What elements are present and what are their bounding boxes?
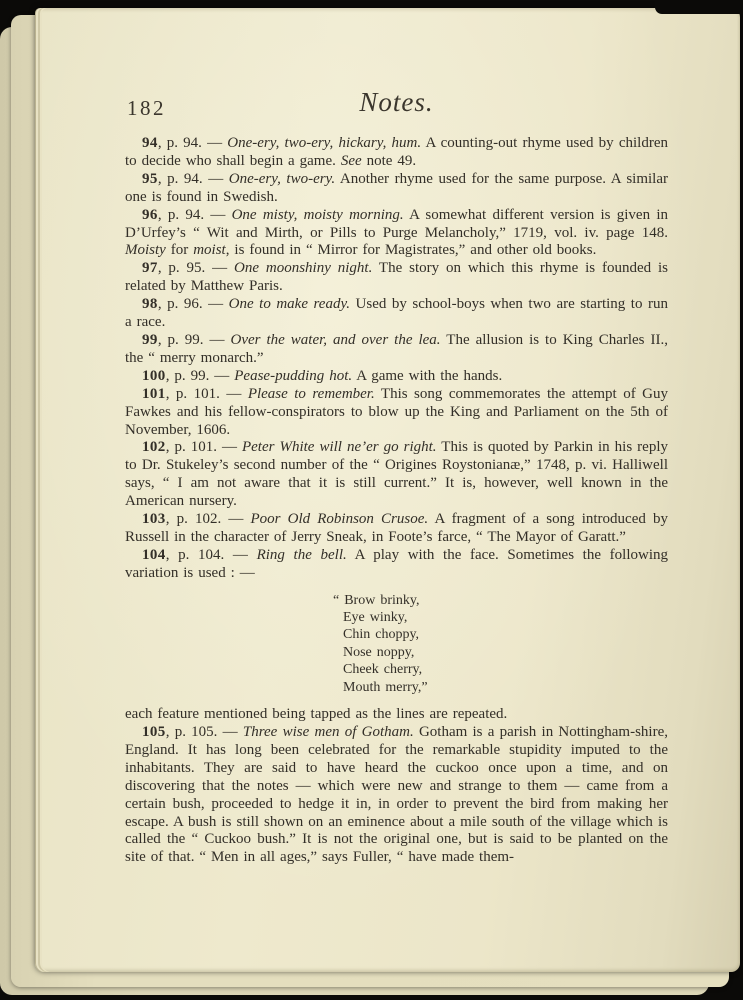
text-segment: each feature mentioned being tapped as t… bbox=[125, 706, 507, 722]
note-paragraph: 101, p. 101. — Please to remember. This … bbox=[125, 386, 668, 440]
text-segment: , p. 96. — bbox=[158, 296, 229, 312]
verse-line: Cheek cherry, bbox=[343, 661, 668, 678]
note-paragraph: 102, p. 101. — Peter White will ne’er go… bbox=[125, 439, 668, 511]
text-segment: for bbox=[166, 242, 193, 258]
text-segment: , p. 99. — bbox=[166, 368, 235, 384]
text-segment: 99 bbox=[142, 332, 158, 348]
note-paragraph: 95, p. 94. — One-ery, two-ery. Another r… bbox=[125, 171, 668, 207]
plain-paragraph: each feature mentioned being tapped as t… bbox=[125, 706, 668, 724]
text-segment: 95 bbox=[142, 171, 158, 187]
text-segment: 100 bbox=[142, 368, 166, 384]
text-segment: Pease-pudding hot. bbox=[234, 368, 352, 384]
note-paragraph: 99, p. 99. — Over the water, and over th… bbox=[125, 332, 668, 368]
text-segment: 104 bbox=[142, 547, 166, 563]
text-segment: Gotham is a parish in Nottingham-shire, … bbox=[125, 724, 668, 865]
text-segment: 102 bbox=[142, 439, 166, 455]
text-segment: 105 bbox=[142, 724, 166, 740]
scan-corner-notch bbox=[655, 0, 743, 14]
text-segment: , is found in “ Mirror for Magistrates,”… bbox=[226, 242, 597, 258]
text-segment: 94 bbox=[142, 135, 158, 151]
text-segment: A game with the hands. bbox=[352, 368, 502, 384]
text-segment: , p. 102. — bbox=[166, 511, 251, 527]
text-segment: One misty, moisty morning. bbox=[232, 207, 404, 223]
page-title: Notes. bbox=[125, 87, 668, 118]
book-page: 182 Notes. 94, p. 94. — One-ery, two-ery… bbox=[35, 8, 740, 972]
note-paragraph: 103, p. 102. — Poor Old Robinson Crusoe.… bbox=[125, 511, 668, 547]
note-paragraph: 104, p. 104. — Ring the bell. A play wit… bbox=[125, 547, 668, 583]
verse-line: Chin choppy, bbox=[343, 626, 668, 643]
verse-line: Mouth merry,” bbox=[343, 679, 668, 696]
note-paragraph: 97, p. 95. — One moonshiny night. The st… bbox=[125, 260, 668, 296]
text-segment: One to make ready. bbox=[229, 296, 350, 312]
text-segment: Peter White will ne’er go right. bbox=[242, 439, 437, 455]
text-segment: One-ery, two-ery, hickary, hum. bbox=[227, 135, 421, 151]
note-paragraph: 105, p. 105. — Three wise men of Gotham.… bbox=[125, 724, 668, 867]
text-segment: , p. 101. — bbox=[166, 439, 242, 455]
note-paragraph: 96, p. 94. — One misty, moisty morning. … bbox=[125, 207, 668, 261]
text-segment: , p. 104. — bbox=[166, 547, 257, 563]
text-segment: One moonshiny night. bbox=[234, 260, 372, 276]
text-segment: , p. 94. — bbox=[158, 207, 232, 223]
text-segment: Three wise men of Gotham. bbox=[243, 724, 414, 740]
page-header: 182 Notes. bbox=[125, 87, 668, 135]
page-number: 182 bbox=[127, 96, 166, 121]
text-segment: Over the water, and over the lea. bbox=[231, 332, 441, 348]
text-segment: Please to remember. bbox=[248, 386, 375, 402]
text-body: 94, p. 94. — One-ery, two-ery, hickary, … bbox=[125, 135, 668, 867]
text-segment: note 49. bbox=[362, 153, 416, 169]
text-segment: Poor Old Robinson Crusoe. bbox=[250, 511, 428, 527]
text-segment: Ring the bell. bbox=[257, 547, 347, 563]
text-segment: 103 bbox=[142, 511, 166, 527]
verse-line: “ Brow brinky, bbox=[343, 592, 668, 609]
text-segment: 98 bbox=[142, 296, 158, 312]
note-paragraph: 100, p. 99. — Pease-pudding hot. A game … bbox=[125, 368, 668, 386]
text-segment: , p. 99. — bbox=[158, 332, 231, 348]
text-segment: One-ery, two-ery. bbox=[229, 171, 335, 187]
note-paragraph: 98, p. 96. — One to make ready. Used by … bbox=[125, 296, 668, 332]
text-segment: moist bbox=[193, 242, 226, 258]
text-segment: 97 bbox=[142, 260, 158, 276]
text-segment: , p. 105. — bbox=[166, 724, 243, 740]
text-segment: Moisty bbox=[125, 242, 166, 258]
text-segment: , p. 95. — bbox=[158, 260, 234, 276]
verse-block: “ Brow brinky,Eye winky,Chin choppy,Nose… bbox=[343, 592, 668, 696]
verse-line: Eye winky, bbox=[343, 609, 668, 626]
text-segment: , p. 94. — bbox=[158, 171, 229, 187]
verse-line: Nose noppy, bbox=[343, 644, 668, 661]
text-segment: See bbox=[341, 153, 362, 169]
text-segment: 96 bbox=[142, 207, 158, 223]
note-paragraph: 94, p. 94. — One-ery, two-ery, hickary, … bbox=[125, 135, 668, 171]
text-segment: , p. 101. — bbox=[166, 386, 248, 402]
text-segment: , p. 94. — bbox=[158, 135, 227, 151]
text-segment: 101 bbox=[142, 386, 166, 402]
page-content: 182 Notes. 94, p. 94. — One-ery, two-ery… bbox=[125, 87, 668, 867]
